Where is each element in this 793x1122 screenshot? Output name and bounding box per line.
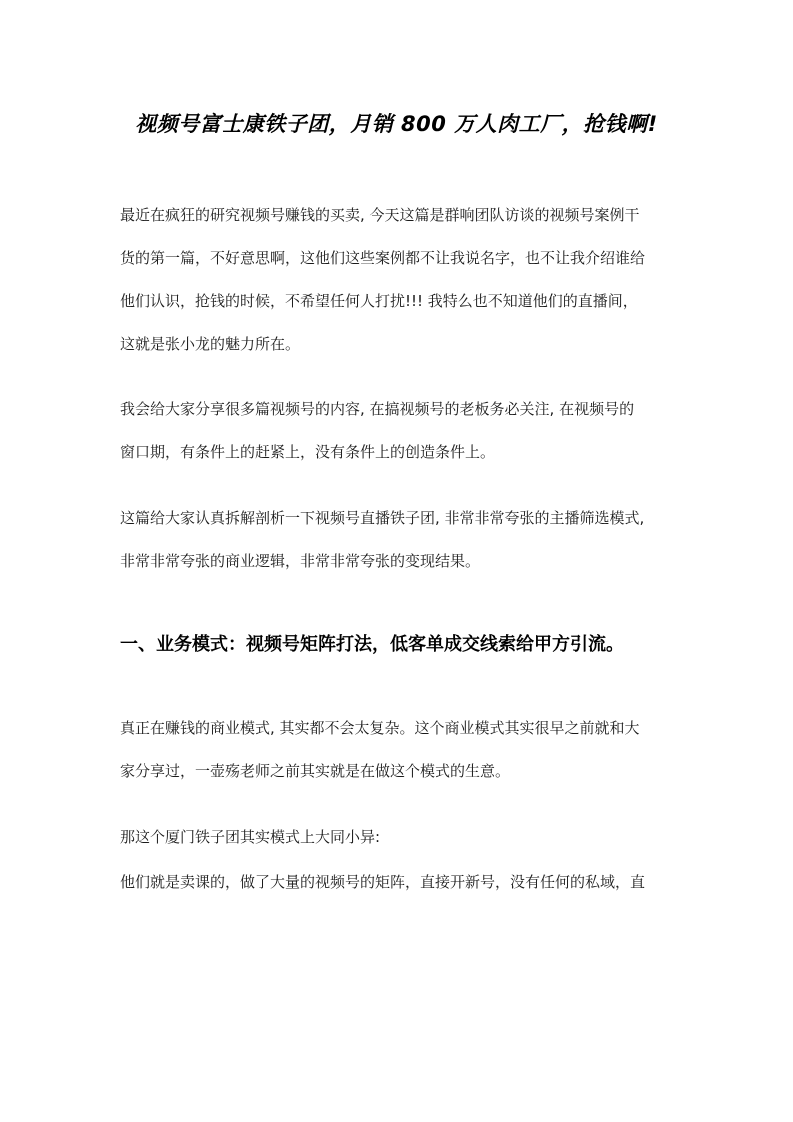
document-page: 视频号富士康铁子团，月销 800 万人肉工厂，抢钱啊! 最近在疯狂的研究视频号赚… — [0, 0, 793, 1122]
text-line: 家分享过，一壶殇老师之前其实就是在做这个模式的生意。 — [120, 761, 680, 781]
text-line: 最近在疯狂的研究视频号赚钱的买卖, 今天这篇是群响团队访谈的视频号案例干 — [120, 205, 680, 225]
text-line: 那这个厦门铁子团其实模式上大同小异: — [120, 827, 680, 847]
text-line: 他们认识，抢钱的时候，不希望任何人打扰!!! 我特么也不知道他们的直播间， — [120, 291, 680, 311]
text-line: 窗口期，有条件上的赶紧上，没有条件上的创造条件上。 — [120, 442, 680, 462]
document-title: 视频号富士康铁子团，月销 800 万人肉工厂，抢钱啊! — [0, 108, 793, 138]
text-line: 他们就是卖课的，做了大量的视频号的矩阵，直接开新号，没有任何的私域，直 — [120, 872, 680, 892]
text-line: 非常非常夸张的商业逻辑，非常非常夸张的变现结果。 — [120, 551, 680, 571]
text-line: 我会给大家分享很多篇视频号的内容, 在搞视频号的老板务必关注, 在视频号的 — [120, 399, 680, 419]
text-line: 这篇给大家认真拆解剖析一下视频号直播铁子团, 非常非常夸张的主播筛选模式, — [120, 508, 680, 528]
text-line: 真正在赚钱的商业模式, 其实都不会太复杂。这个商业模式其实很早之前就和大 — [120, 718, 680, 738]
text-line: 货的第一篇，不好意思啊，这他们这些案例都不让我说名字，也不让我介绍谁给 — [120, 248, 680, 268]
section-heading: 一、业务模式：视频号矩阵打法，低客单成交线索给甲方引流。 — [120, 633, 680, 657]
text-line: 这就是张小龙的魅力所在。 — [120, 334, 680, 354]
